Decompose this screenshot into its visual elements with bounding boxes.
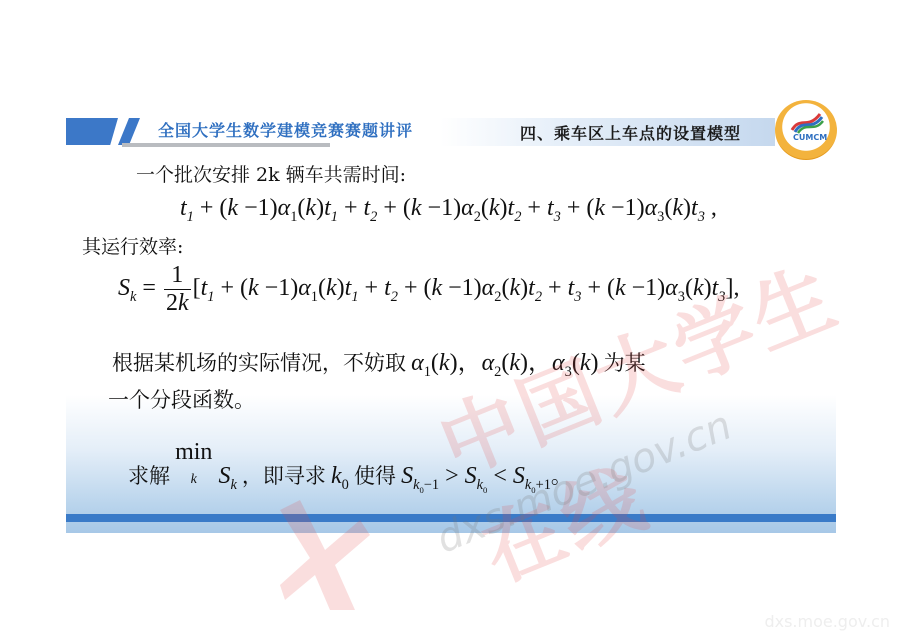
piecewise-prefix: 根据某机场的实际情况，不妨取 — [112, 351, 406, 375]
objective-mid2: 使得 — [354, 464, 396, 488]
header-gray-underline — [122, 143, 330, 147]
logo-text: CUMCM — [793, 133, 827, 142]
symbol-k0: k0 — [331, 463, 349, 489]
section-title: 四、乘车区上车点的设置模型 — [520, 121, 741, 144]
formula-total-time: t1 + (k −1)α1(k)t1 + t2 + (k −1)α2(k)t2 … — [180, 195, 717, 226]
formula-min-sk: mink Sk — [175, 463, 237, 489]
text-line-efficiency: 其运行效率: — [82, 232, 183, 259]
objective-mid: ，即寻求 — [242, 464, 326, 488]
logo-ribbon-icon — [790, 112, 824, 134]
header-blue-block — [66, 118, 118, 145]
header-blue-slash — [118, 118, 140, 145]
course-title: 全国大学生数学建模竞赛赛题讲评 — [158, 118, 413, 141]
watermark-logo-icon — [280, 500, 370, 610]
footer-url: dxs.moe.gov.cn — [764, 612, 890, 631]
text-line-piecewise-cont: 一个分段函数。 — [108, 384, 255, 414]
text-line-batch-time: 一个批次安排 2k 辆车共需时间: — [136, 160, 406, 187]
objective-prefix: 求解 — [128, 464, 170, 488]
